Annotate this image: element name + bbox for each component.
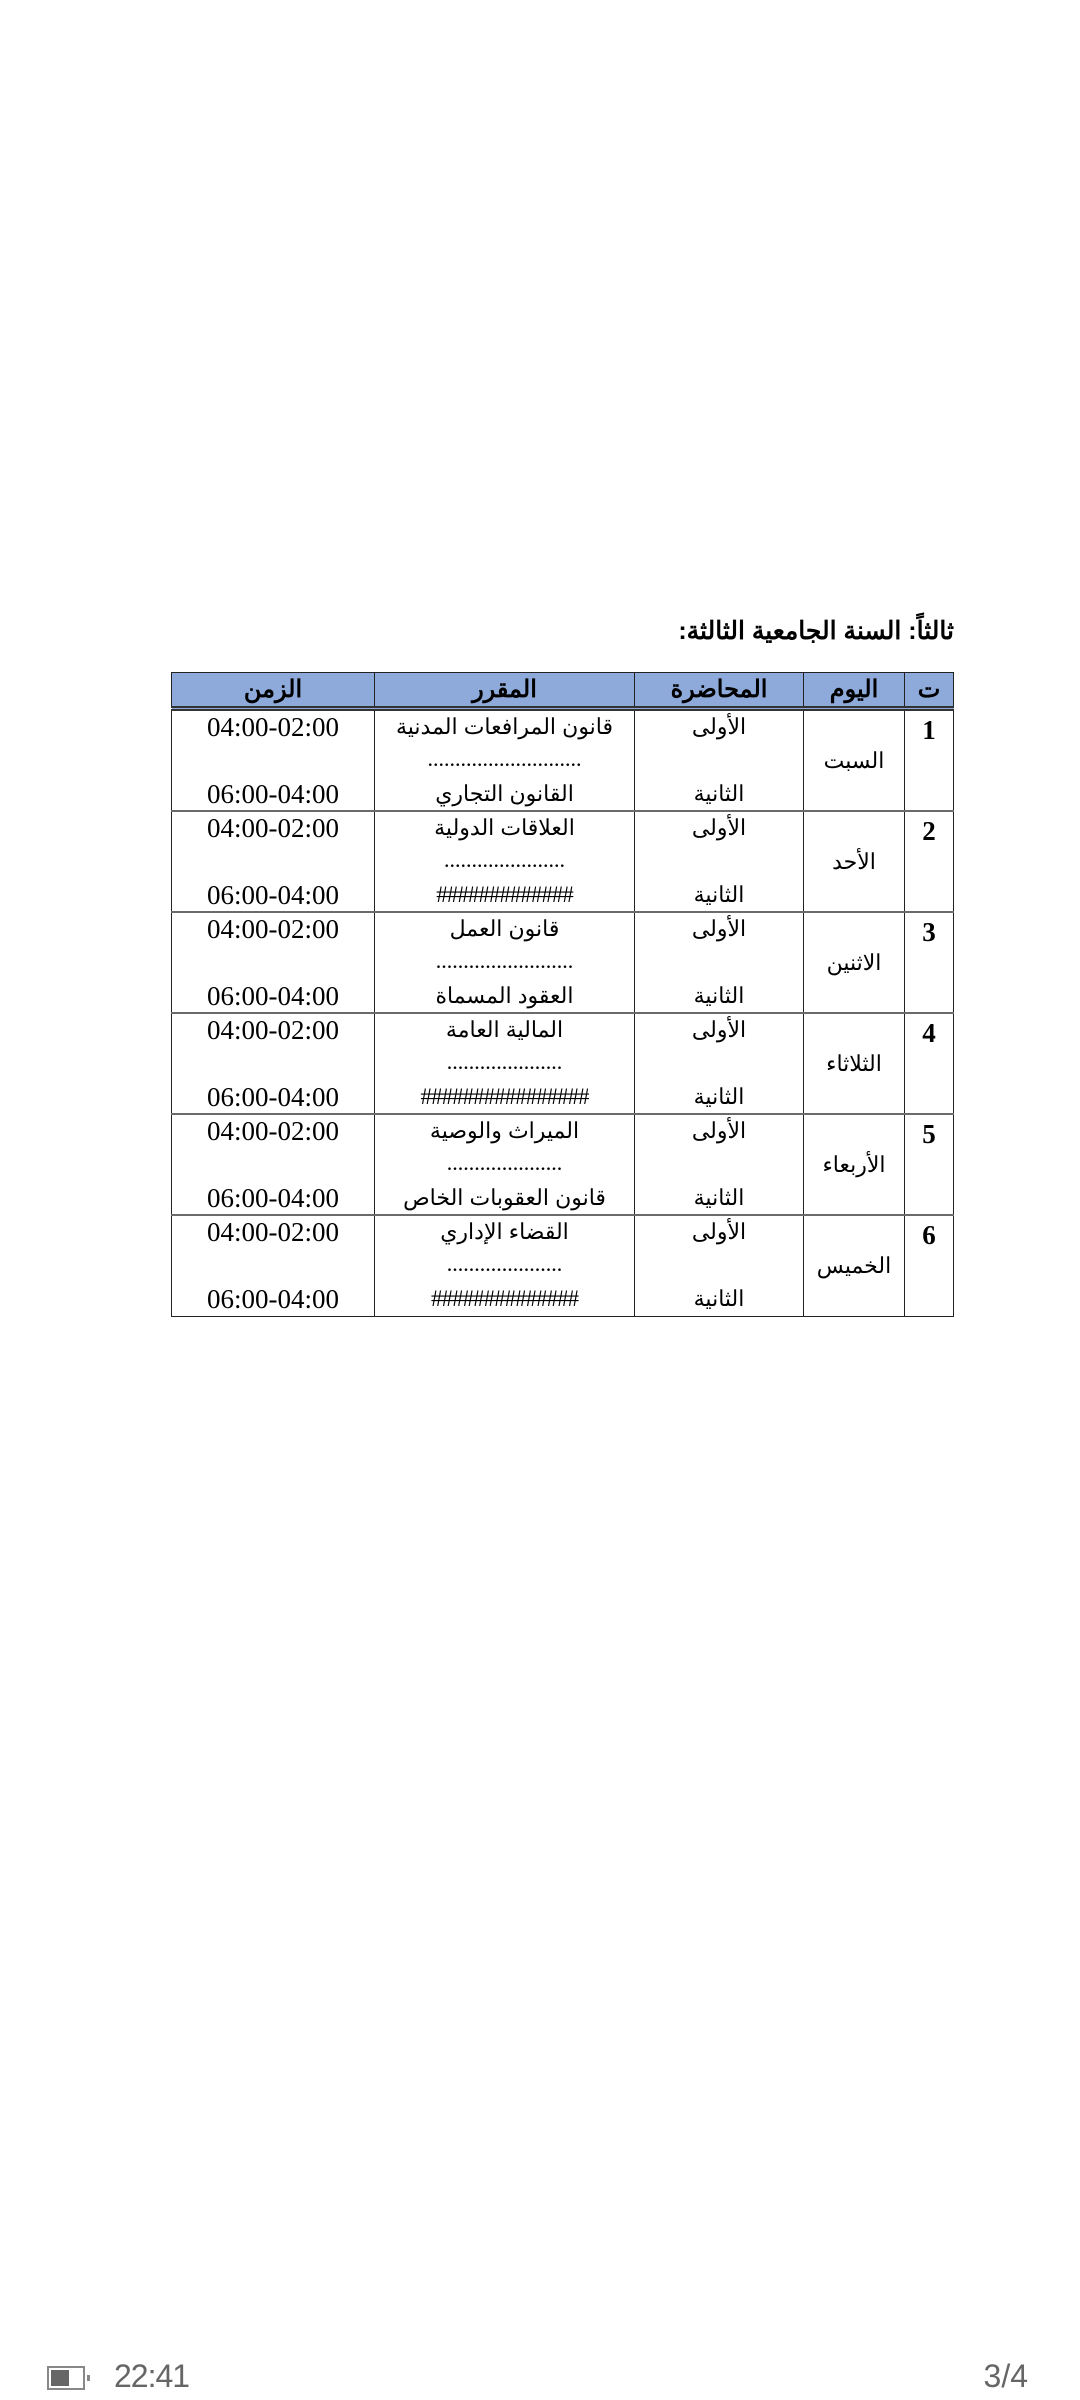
time-second: 06:00-04:00 (207, 1081, 339, 1113)
course-first: العلاقات الدولية (434, 812, 575, 844)
table-row: 3 الاثنين الأولىالثانية قانون العمل.....… (172, 912, 954, 1013)
table-row: 4 الثلاثاء الأولىالثانية المالية العامة.… (172, 1013, 954, 1114)
header-course: المقرر (375, 673, 635, 709)
lecture-first: الأولى (692, 1216, 746, 1248)
lecture-second: الثانية (694, 1283, 745, 1315)
course-second: ################ (421, 1081, 589, 1113)
document-page: ثالثاً: السنة الجامعية الثالثة: ت اليوم … (0, 0, 1080, 2300)
header-index: ت (905, 673, 954, 709)
page-indicator: 3/4 (984, 2358, 1028, 2395)
course-second: القانون التجاري (435, 778, 574, 810)
row-lectures: الأولىالثانية (635, 1215, 804, 1316)
course-separator: ......................... (436, 952, 574, 970)
row-courses: قانون العمل.........................العق… (375, 912, 635, 1013)
time-first: 04:00-02:00 (207, 711, 339, 743)
row-index: 6 (905, 1215, 954, 1316)
lecture-second: الثانية (694, 778, 745, 810)
header-day: اليوم (804, 673, 905, 709)
row-courses: الميراث والوصية.....................قانو… (375, 1114, 635, 1215)
lecture-second: الثانية (694, 879, 745, 911)
header-lecture: المحاضرة (635, 673, 804, 709)
table-row: 6 الخميس الأولىالثانية القضاء الإداري...… (172, 1215, 954, 1316)
row-lectures: الأولىالثانية (635, 1114, 804, 1215)
row-courses: القضاء الإداري.....................#####… (375, 1215, 635, 1316)
row-day: السبت (804, 709, 905, 812)
course-second: ############## (431, 1283, 578, 1315)
schedule-table: ت اليوم المحاضرة المقرر الزمن 1 السبت ال… (171, 672, 954, 1317)
row-day: الأحد (804, 811, 905, 912)
table-header-row: ت اليوم المحاضرة المقرر الزمن (172, 673, 954, 709)
row-index: 2 (905, 811, 954, 912)
course-first: قانون العمل (450, 913, 560, 945)
battery-icon (47, 2366, 85, 2390)
row-lectures: الأولىالثانية (635, 1013, 804, 1114)
row-day: الاثنين (804, 912, 905, 1013)
course-second: العقود المسماة (436, 980, 574, 1012)
time-second: 06:00-04:00 (207, 980, 339, 1012)
row-index: 1 (905, 709, 954, 812)
row-lectures: الأولىالثانية (635, 912, 804, 1013)
row-index: 4 (905, 1013, 954, 1114)
header-time: الزمن (172, 673, 375, 709)
row-day: الأربعاء (804, 1114, 905, 1215)
time-first: 04:00-02:00 (207, 1014, 339, 1046)
row-day: الخميس (804, 1215, 905, 1316)
row-times: 04:00-02:0006:00-04:00 (172, 811, 375, 912)
lecture-first: الأولى (692, 913, 746, 945)
course-first: القضاء الإداري (440, 1216, 569, 1248)
battery-level (51, 2370, 69, 2386)
course-separator: ............................ (428, 750, 582, 768)
course-second: ############# (436, 879, 573, 911)
row-times: 04:00-02:0006:00-04:00 (172, 1114, 375, 1215)
course-separator: ..................... (447, 1255, 563, 1273)
lecture-first: الأولى (692, 711, 746, 743)
row-index: 3 (905, 912, 954, 1013)
row-day: الثلاثاء (804, 1013, 905, 1114)
course-separator: ..................... (447, 1154, 563, 1172)
lecture-first: الأولى (692, 1014, 746, 1046)
table-row: 1 السبت الأولىالثانية قانون المرافعات ال… (172, 709, 954, 812)
time-second: 06:00-04:00 (207, 1283, 339, 1315)
row-lectures: الأولىالثانية (635, 811, 804, 912)
row-lectures: الأولىالثانية (635, 709, 804, 812)
time-second: 06:00-04:00 (207, 778, 339, 810)
section-title: ثالثاً: السنة الجامعية الثالثة: (678, 616, 954, 646)
row-courses: العلاقات الدولية......................##… (375, 811, 635, 912)
table-row: 5 الأربعاء الأولىالثانية الميراث والوصية… (172, 1114, 954, 1215)
lecture-first: الأولى (692, 1115, 746, 1147)
row-times: 04:00-02:0006:00-04:00 (172, 1215, 375, 1316)
row-courses: قانون المرافعات المدنية.................… (375, 709, 635, 812)
row-times: 04:00-02:0006:00-04:00 (172, 1013, 375, 1114)
course-first: الميراث والوصية (430, 1115, 579, 1147)
time-first: 04:00-02:00 (207, 913, 339, 945)
lecture-second: الثانية (694, 1182, 745, 1214)
course-first: قانون المرافعات المدنية (396, 711, 613, 743)
lecture-second: الثانية (694, 1081, 745, 1113)
course-first: المالية العامة (446, 1014, 563, 1046)
row-index: 5 (905, 1114, 954, 1215)
lecture-second: الثانية (694, 980, 745, 1012)
clock-time: 22:41 (114, 2358, 189, 2395)
course-separator: ..................... (447, 1053, 563, 1071)
time-first: 04:00-02:00 (207, 1216, 339, 1248)
course-separator: ...................... (444, 851, 565, 869)
row-courses: المالية العامة.....................#####… (375, 1013, 635, 1114)
lecture-first: الأولى (692, 812, 746, 844)
time-first: 04:00-02:00 (207, 1115, 339, 1147)
time-second: 06:00-04:00 (207, 879, 339, 911)
table-row: 2 الأحد الأولىالثانية العلاقات الدولية..… (172, 811, 954, 912)
time-first: 04:00-02:00 (207, 812, 339, 844)
row-times: 04:00-02:0006:00-04:00 (172, 912, 375, 1013)
time-second: 06:00-04:00 (207, 1182, 339, 1214)
reader-status-bar: 22:41 3/4 (0, 2330, 1080, 2390)
battery-terminal (87, 2375, 90, 2381)
course-second: قانون العقوبات الخاص (403, 1182, 606, 1214)
row-times: 04:00-02:0006:00-04:00 (172, 709, 375, 812)
